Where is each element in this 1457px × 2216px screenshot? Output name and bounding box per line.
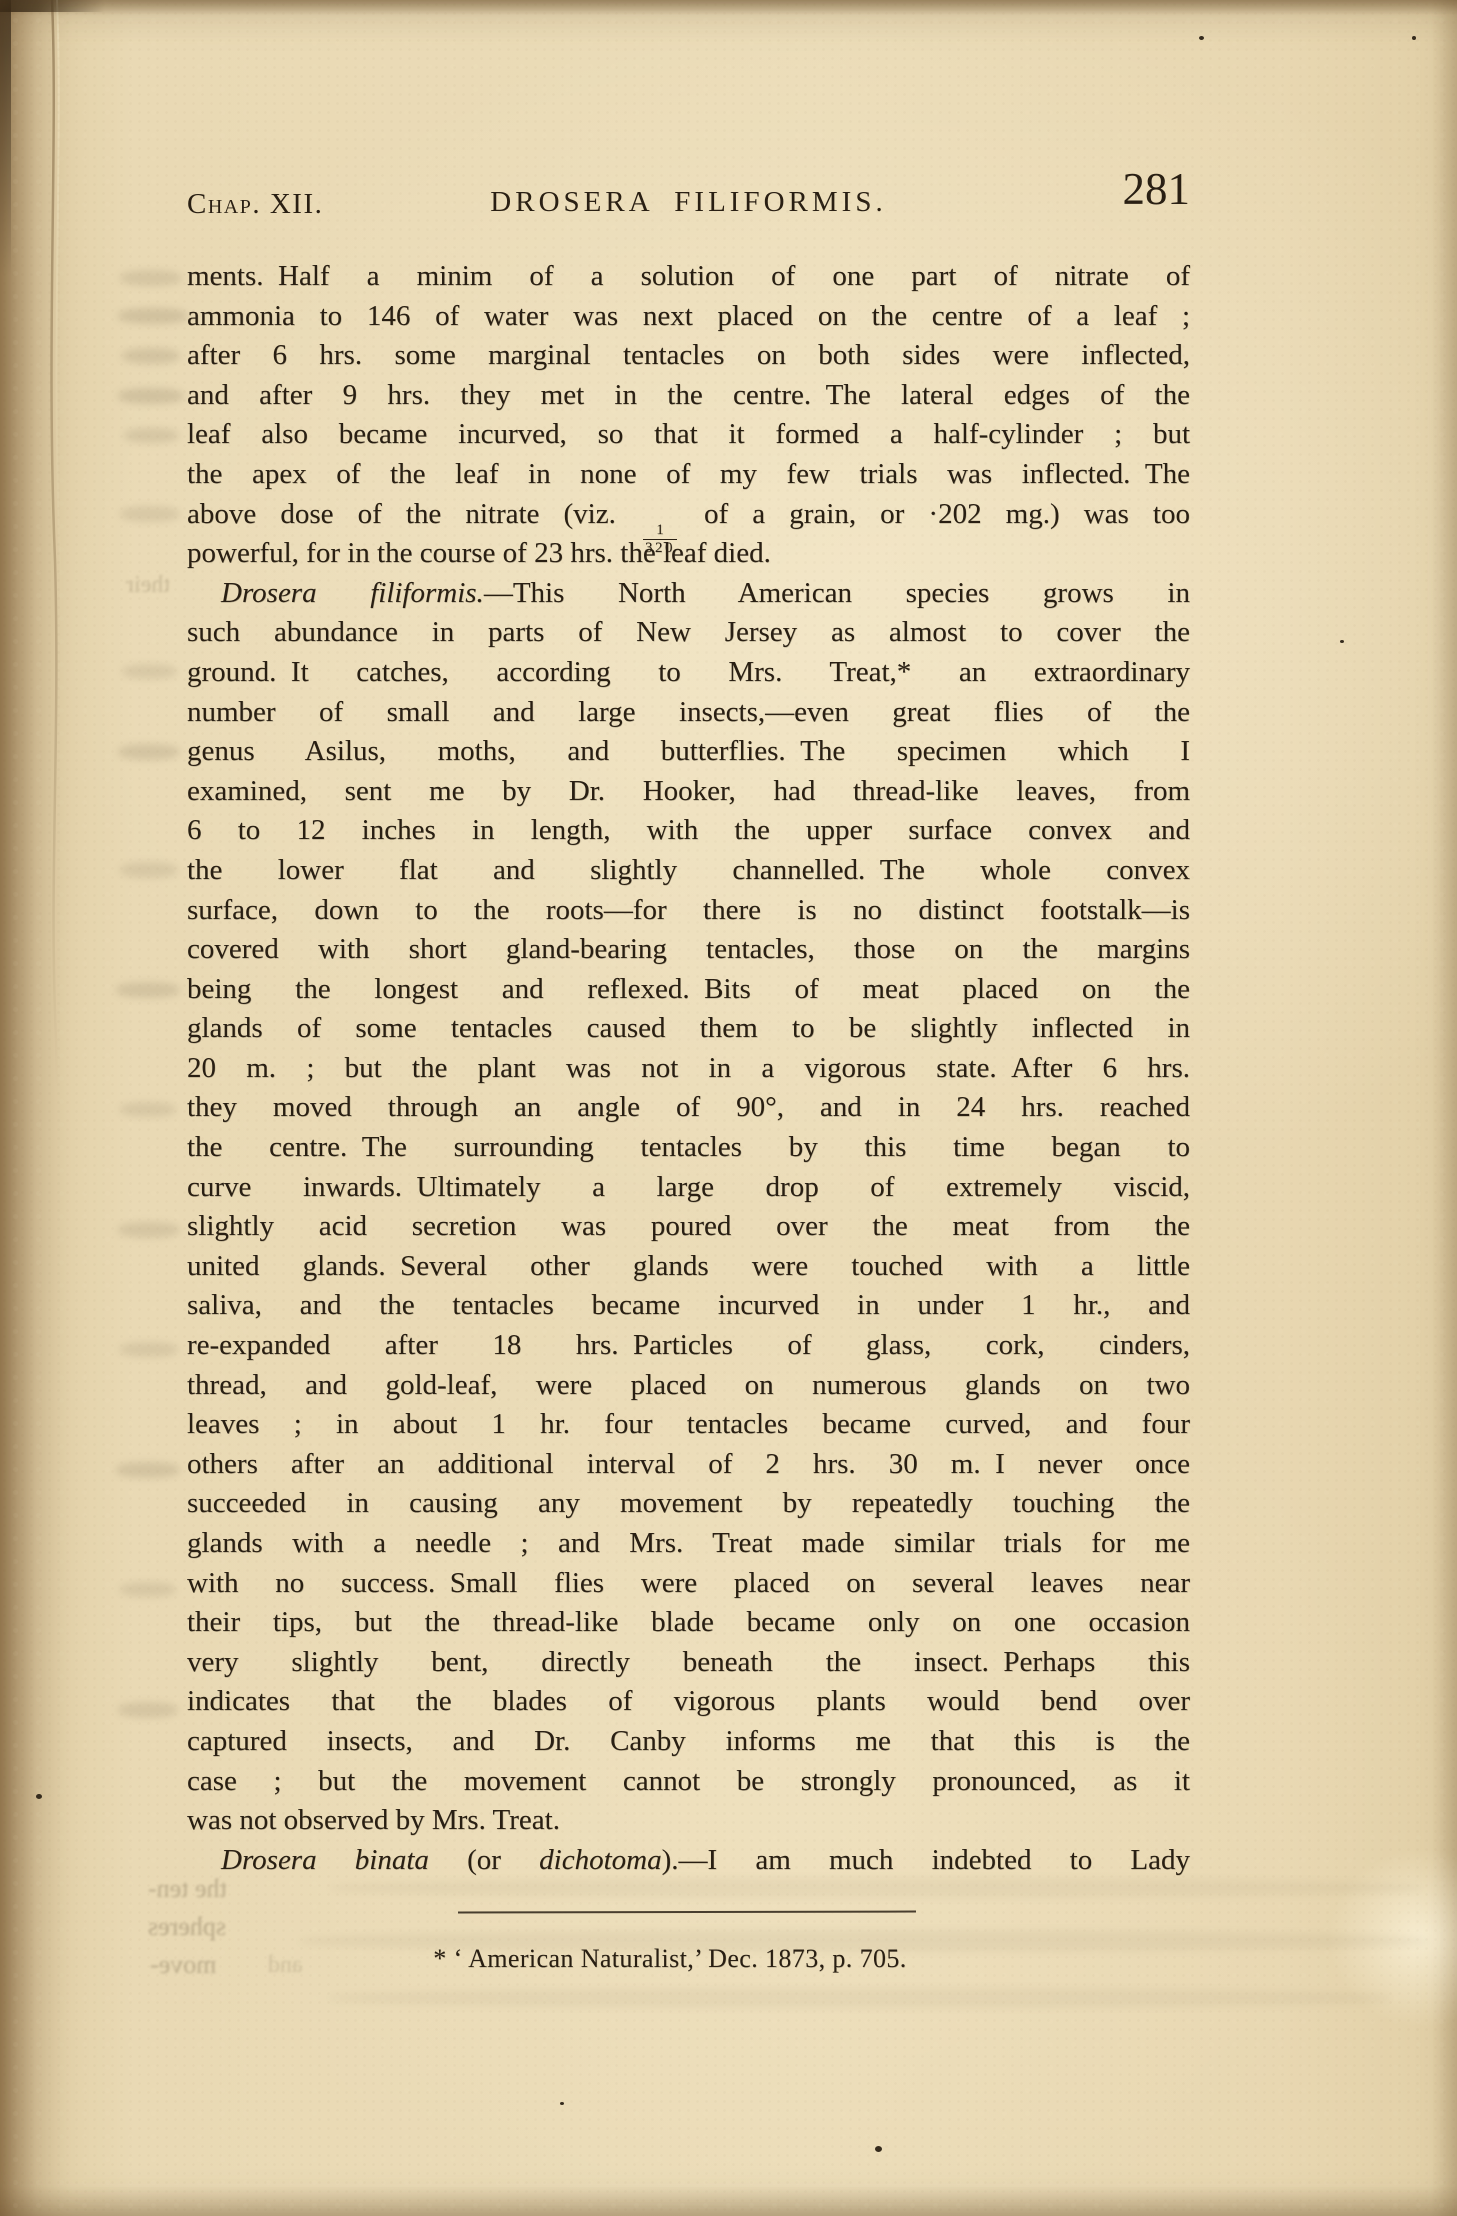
- text-line: re-expanded after 18 hrs. Particles of g…: [187, 1326, 1190, 1366]
- text-run: 6 to 12 inches in length, with the upper…: [187, 814, 1190, 846]
- bleed-through-smudge: [118, 388, 184, 404]
- text-line: captured insects, and Dr. Canby informs …: [187, 1722, 1190, 1762]
- text-line: 6 to 12 inches in length, with the upper…: [187, 811, 1190, 851]
- text-line: examined, sent me by Dr. Hooker, had thr…: [187, 772, 1190, 812]
- text-run: the lower flat and slightly channelled. …: [187, 854, 1190, 886]
- text-line: glands of some tentacles caused them to …: [187, 1009, 1190, 1049]
- bleed-through-smudge: [120, 270, 182, 286]
- text-run: —This North American species grows in: [484, 577, 1190, 609]
- bleed-through-ghost-text: spheres: [148, 1912, 226, 1942]
- bleed-through-smudge: [330, 1988, 1390, 2008]
- text-line: the lower flat and slightly channelled. …: [187, 851, 1190, 891]
- text-line: number of small and large insects,—even …: [187, 693, 1190, 733]
- text-run: glands with a needle ; and Mrs. Treat ma…: [187, 1527, 1190, 1559]
- bleed-through-smudge: [120, 862, 178, 878]
- bleed-through-smudge: [120, 1102, 176, 1117]
- text-line: very slightly bent, directly beneath the…: [187, 1643, 1190, 1683]
- text-line: leaf also became incurved, so that it fo…: [187, 415, 1190, 455]
- text-run: slightly acid secretion was poured over …: [187, 1210, 1190, 1242]
- italic-text: dichotoma: [539, 1844, 661, 1876]
- text-line: Drosera filiformis.—This North American …: [187, 574, 1190, 614]
- text-line: the apex of the leaf in none of my few t…: [187, 455, 1190, 495]
- text-line: ammonia to 146 of water was next placed …: [187, 297, 1190, 337]
- text-run: the apex of the leaf in none of my few t…: [187, 458, 1190, 490]
- text-line: being the longest and reflexed. Bits of …: [187, 970, 1190, 1010]
- text-line: glands with a needle ; and Mrs. Treat ma…: [187, 1524, 1190, 1564]
- bleed-through-smudge: [120, 1342, 178, 1357]
- italic-text: Drosera filiformis.: [221, 577, 484, 609]
- text-run: saliva, and the tentacles became incurve…: [187, 1289, 1190, 1321]
- text-run: and after 9 hrs. they met in the centre.…: [187, 379, 1190, 411]
- text-line: above dose of the nitrate (viz. 1320 of …: [187, 495, 1190, 535]
- text-run: thread, and gold-leaf, were placed on nu…: [187, 1369, 1190, 1401]
- bleed-through-smudge: [116, 982, 180, 998]
- text-line: after 6 hrs. some marginal tentacles on …: [187, 336, 1190, 376]
- text-run: (or: [429, 1844, 539, 1876]
- scan-speck: [875, 2146, 882, 2152]
- text-run: captured insects, and Dr. Canby informs …: [187, 1725, 1190, 1757]
- bleed-through-smudge: [122, 348, 180, 364]
- text-line: succeeded in causing any movement by rep…: [187, 1484, 1190, 1524]
- text-run: their tips, but the thread-like blade be…: [187, 1606, 1190, 1638]
- footnote: * ‘ American Naturalist,’ Dec. 1873, p. …: [280, 1944, 1060, 1974]
- text-line: Drosera binata (or dichotoma).—I am much…: [187, 1841, 1190, 1881]
- text-run: case ; but the movement cannot be strong…: [187, 1765, 1190, 1797]
- light-patch: [1328, 1848, 1457, 2028]
- text-run: surface, down to the roots—for there is …: [187, 894, 1190, 926]
- text-line: slightly acid secretion was poured over …: [187, 1207, 1190, 1247]
- bleed-through-smudge: [118, 744, 180, 760]
- text-run: united glands. Several other glands were…: [187, 1250, 1190, 1282]
- book-page-scan: theirthe ten-spheresmove-and Chap. XII. …: [0, 0, 1457, 2216]
- text-line: 20 m. ; but the plant was not in a vigor…: [187, 1049, 1190, 1089]
- text-line: leaves ; in about 1 hr. four tentacles b…: [187, 1405, 1190, 1445]
- text-line: covered with short gland-bearing tentacl…: [187, 930, 1190, 970]
- text-line: their tips, but the thread-like blade be…: [187, 1603, 1190, 1643]
- page-number: 281: [890, 163, 1190, 215]
- text-run: others after an additional interval of 2…: [187, 1448, 1190, 1480]
- scan-edge-mark-left: [0, 0, 11, 290]
- text-run: ).—I am much indebted to Lady: [662, 1844, 1190, 1876]
- text-run: re-expanded after 18 hrs. Particles of g…: [187, 1329, 1190, 1361]
- bleed-through-smudge: [124, 428, 179, 443]
- bleed-through-smudge: [116, 1462, 180, 1478]
- text-run: such abundance in parts of New Jersey as…: [187, 616, 1190, 648]
- text-line: and after 9 hrs. they met in the centre.…: [187, 376, 1190, 416]
- footnote-rule: [458, 1911, 916, 1914]
- bleed-through-smudge: [122, 664, 177, 679]
- text-run: ments. Half a minim of a solution of one…: [187, 260, 1190, 292]
- text-run: number of small and large insects,—even …: [187, 696, 1190, 728]
- text-run: powerful, for in the course of 23 hrs. t…: [187, 537, 771, 569]
- scan-speck: [1199, 36, 1204, 40]
- text-run: indicates that the blades of vigorous pl…: [187, 1685, 1190, 1717]
- bleed-through-smudge: [118, 1222, 180, 1238]
- text-line: saliva, and the tentacles became incurve…: [187, 1286, 1190, 1326]
- text-run: they moved through an angle of 90°, and …: [187, 1091, 1190, 1123]
- text-line: surface, down to the roots—for there is …: [187, 891, 1190, 931]
- text-run: of a grain, or ·202 mg.) was too: [680, 498, 1190, 530]
- text-run: 20 m. ; but the plant was not in a vigor…: [187, 1052, 1190, 1084]
- text-run: the centre. The surrounding tentacles by…: [187, 1131, 1190, 1163]
- scan-speck: [1340, 640, 1344, 643]
- bleed-through-ghost-text: move-: [150, 1950, 216, 1980]
- text-line: ments. Half a minim of a solution of one…: [187, 257, 1190, 297]
- text-line: such abundance in parts of New Jersey as…: [187, 613, 1190, 653]
- text-run: curve inwards. Ultimately a large drop o…: [187, 1171, 1190, 1203]
- text-run: leaf also became incurved, so that it fo…: [187, 418, 1190, 450]
- text-line: thread, and gold-leaf, were placed on nu…: [187, 1366, 1190, 1406]
- scan-speck: [36, 1794, 42, 1799]
- text-run: ground. It catches, according to Mrs. Tr…: [187, 656, 1190, 688]
- text-line: ground. It catches, according to Mrs. Tr…: [187, 653, 1190, 693]
- text-line: others after an additional interval of 2…: [187, 1445, 1190, 1485]
- scan-speck: [560, 2102, 564, 2105]
- scan-speck: [1412, 36, 1416, 40]
- text-line: case ; but the movement cannot be strong…: [187, 1762, 1190, 1802]
- bleed-through-smudge: [120, 506, 180, 522]
- text-run: was not observed by Mrs. Treat.: [187, 1804, 560, 1836]
- bleed-through-smudge: [118, 308, 188, 324]
- text-line: united glands. Several other glands were…: [187, 1247, 1190, 1287]
- text-line: powerful, for in the course of 23 hrs. t…: [187, 534, 1190, 574]
- text-line: was not observed by Mrs. Treat.: [187, 1801, 1190, 1841]
- text-run: genus Asilus, moths, and butterflies. Th…: [187, 735, 1190, 767]
- bleed-through-ghost-text: their: [126, 572, 170, 599]
- text-run: glands of some tentacles caused them to …: [187, 1012, 1190, 1044]
- text-line: curve inwards. Ultimately a large drop o…: [187, 1168, 1190, 1208]
- text-run: very slightly bent, directly beneath the…: [187, 1646, 1190, 1678]
- text-run: being the longest and reflexed. Bits of …: [187, 973, 1190, 1005]
- text-run: after 6 hrs. some marginal tentacles on …: [187, 339, 1190, 371]
- text-run: examined, sent me by Dr. Hooker, had thr…: [187, 775, 1190, 807]
- scan-edge-mark-top: [0, 0, 110, 12]
- bleed-through-smudge: [118, 1702, 178, 1718]
- text-run: ammonia to 146 of water was next placed …: [187, 300, 1190, 332]
- text-column: ments. Half a minim of a solution of one…: [187, 257, 1190, 1880]
- bleed-through-smudge: [330, 1878, 1420, 1898]
- italic-text: Drosera binata: [221, 1844, 429, 1876]
- text-line: genus Asilus, moths, and butterflies. Th…: [187, 732, 1190, 772]
- text-line: the centre. The surrounding tentacles by…: [187, 1128, 1190, 1168]
- text-run: leaves ; in about 1 hr. four tentacles b…: [187, 1408, 1190, 1440]
- text-run: covered with short gland-bearing tentacl…: [187, 933, 1190, 965]
- text-line: they moved through an angle of 90°, and …: [187, 1088, 1190, 1128]
- text-line: indicates that the blades of vigorous pl…: [187, 1682, 1190, 1722]
- bleed-through-smudge: [120, 1582, 176, 1597]
- text-line: with no success. Small flies were placed…: [187, 1564, 1190, 1604]
- text-run: above dose of the nitrate (viz.: [187, 498, 640, 530]
- text-run: with no success. Small flies were placed…: [187, 1567, 1190, 1599]
- text-run: succeeded in causing any movement by rep…: [187, 1487, 1190, 1519]
